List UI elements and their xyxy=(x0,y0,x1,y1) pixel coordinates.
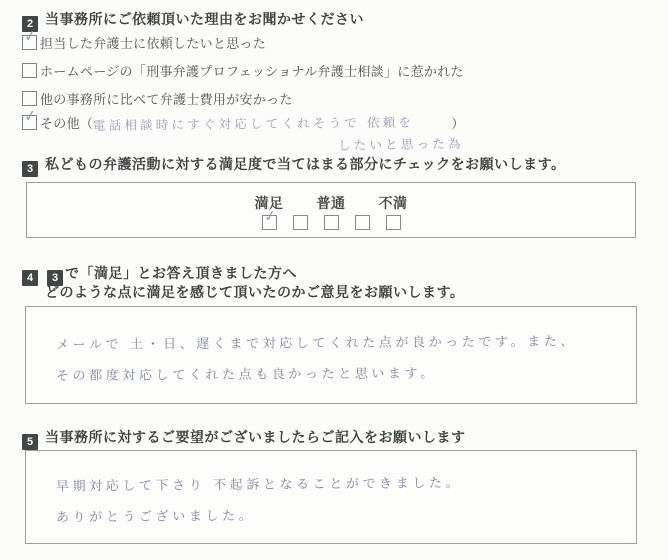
satisfaction-checkbox-5[interactable] xyxy=(386,215,401,230)
section3-heading: 3私どもの弁護活動に対する満足度で当てはまる部分にチェックをお願いします。 xyxy=(22,155,668,173)
reason-checkbox-lawyer[interactable]: ✓ xyxy=(22,35,37,50)
satisfaction-checkbox-2[interactable] xyxy=(293,215,308,230)
other-label-prefix: その他（ xyxy=(40,116,93,131)
request-comment-box[interactable]: 早期対応して下さり 不起訴となることができました。 ありがとうございました。 xyxy=(25,450,637,544)
label-neutral: 普通 xyxy=(316,194,347,212)
section4-title-line2: どのような点に満足を感じて頂いたのかご意見をお願いします。 xyxy=(45,282,668,302)
section3-title: 私どもの弁護活動に対する満足度で当てはまる部分にチェックをお願いします。 xyxy=(45,156,565,172)
checkmark-icon: ✓ xyxy=(23,28,38,45)
other-handwriting-line2: したいと思った為 xyxy=(338,132,668,154)
other-handwriting-line1: 電話相談時にすぐ対応してくれそうで 依頼を xyxy=(93,113,451,135)
other-label-suffix: ） xyxy=(451,116,464,131)
reason-option-row: ホームページの「刑事弁護プロフェッショナル弁護士相談」に惹かれた xyxy=(22,63,668,81)
comment-handwriting-line1: メールで 土・日、遅くまで対応してくれた点が良かったです。また、 xyxy=(56,334,577,353)
reason-checkbox-cost[interactable] xyxy=(22,91,37,106)
satisfaction-checkbox-4[interactable] xyxy=(355,215,370,230)
reason-option-row: ✓担当した弁護士に依頼したいと思った xyxy=(22,35,668,53)
request-handwriting-line1: 早期対応して下さり 不起訴となることができました。 xyxy=(56,476,462,495)
reason-label: 他の事務所に比べて弁護士費用が安かった xyxy=(40,92,293,107)
comment-handwriting-line2: その都度対応してくれた点も良かったと思います。 xyxy=(56,366,437,384)
satisfaction-comment-box[interactable]: メールで 土・日、遅くまで対応してくれた点が良かったです。また、 その都度対応し… xyxy=(25,306,637,404)
section2-heading: 2当事務所にご依頼頂いた理由をお聞かせください xyxy=(22,10,668,28)
section5-number-badge: 5 xyxy=(22,434,38,450)
label-spacer xyxy=(347,194,378,212)
label-spacer xyxy=(285,194,316,212)
reason-option-row-other: ✓その他（電話相談時にすぐ対応してくれそうで 依頼を） xyxy=(22,115,668,135)
label-dissatisfied: 不満 xyxy=(378,194,409,212)
section5-heading: 5当事務所に対するご要望がございましたらご記入をお願いします xyxy=(22,428,668,446)
reason-label: 担当した弁護士に依頼したいと思った xyxy=(40,36,266,51)
section4-number-badge: 4 xyxy=(22,270,38,286)
satisfaction-box: 満足 普通 不満 ✓ xyxy=(26,182,636,238)
reason-option-row: 他の事務所に比べて弁護士費用が安かった xyxy=(22,91,668,109)
reason-label: ホームページの「刑事弁護プロフェッショナル弁護士相談」に惹かれた xyxy=(40,64,464,79)
section4-heading: 43で「満足」とお答え頂きました方へ xyxy=(22,264,668,282)
checkmark-icon: ✓ xyxy=(23,108,38,125)
satisfaction-checkbox-1[interactable]: ✓ xyxy=(262,215,277,230)
request-handwriting-line2: ありがとうございました。 xyxy=(56,509,255,526)
satisfaction-checkbox-row: ✓ xyxy=(251,215,411,230)
satisfaction-checkbox-3[interactable] xyxy=(324,215,339,230)
reason-checkbox-homepage[interactable] xyxy=(22,63,37,78)
survey-form-scan: 2当事務所にご依頼頂いた理由をお聞かせください ✓担当した弁護士に依頼したいと思… xyxy=(0,0,668,560)
checkmark-icon: ✓ xyxy=(262,208,277,225)
section5-title: 当事務所に対するご要望がございましたらご記入をお願いします xyxy=(45,429,466,445)
section3-number-badge: 3 xyxy=(22,161,38,177)
section4-title-line1: で「満足」とお答え頂きました方へ xyxy=(65,265,297,281)
reason-checkbox-other[interactable]: ✓ xyxy=(22,115,37,130)
section2-title: 当事務所にご依頼頂いた理由をお聞かせください xyxy=(45,11,364,27)
